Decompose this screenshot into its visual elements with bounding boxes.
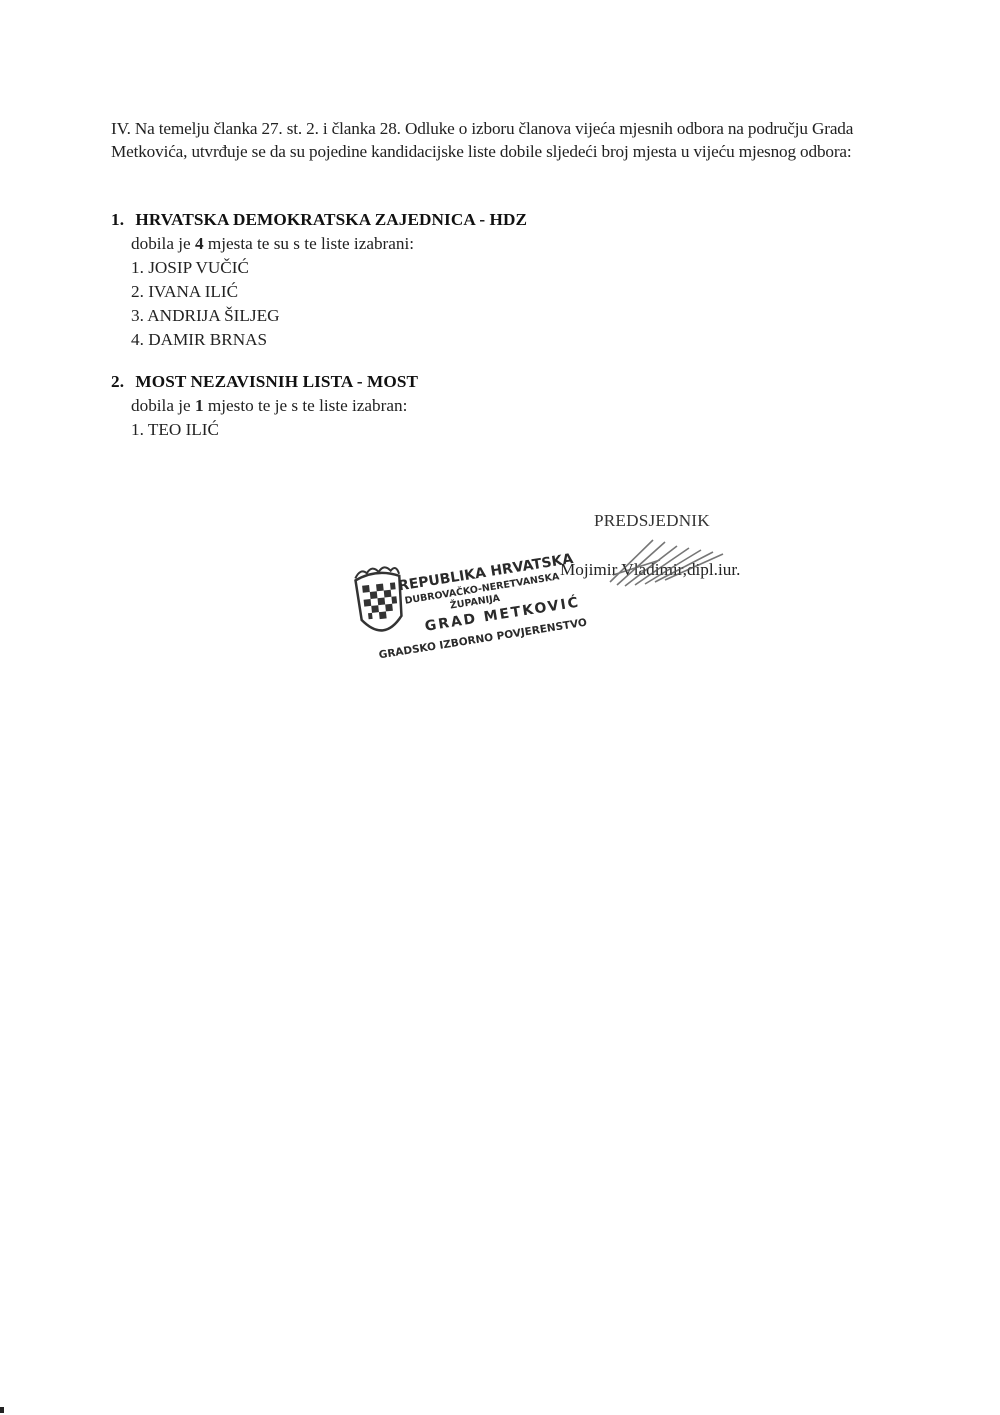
scan-mark [0,1407,4,1413]
list-item: 2. IVANA ILIĆ [131,280,631,304]
list-item: 3. ANDRIJA ŠILJEG [131,304,631,328]
seat-count: 4 [195,234,204,253]
coat-of-arms-icon [354,566,404,633]
list-description: dobila je 4 mjesta te su s te liste izab… [111,232,631,256]
list-item: 1. JOSIP VUČIĆ [131,256,631,280]
list-title: 2. MOST NEZAVISNIH LISTA - MOST [111,370,631,394]
list-description: dobila je 1 mjesto te je s te liste izab… [111,394,631,418]
list-item: 1. TEO ILIĆ [131,418,631,442]
elected-members: 1. TEO ILIĆ [111,418,631,442]
candidate-list-most: 2. MOST NEZAVISNIH LISTA - MOST dobila j… [111,370,631,442]
list-item: 4. DAMIR BRNAS [131,328,631,352]
official-stamp: REPUBLIKA HRVATSKA DUBROVAČKO-NERETVANSK… [350,548,590,658]
intro-paragraph: IV. Na temelju članka 27. st. 2. i člank… [111,117,881,163]
seat-count: 1 [195,396,204,415]
elected-members: 1. JOSIP VUČIĆ 2. IVANA ILIĆ 3. ANDRIJA … [111,256,631,352]
document-page: IV. Na temelju članka 27. st. 2. i člank… [0,0,1000,1415]
signatory-title: PREDSJEDNIK [594,511,710,531]
handwritten-signature [605,530,735,590]
candidate-list-hdz: 1. HRVATSKA DEMOKRATSKA ZAJEDNICA - HDZ … [111,208,631,352]
list-title: 1. HRVATSKA DEMOKRATSKA ZAJEDNICA - HDZ [111,208,631,232]
